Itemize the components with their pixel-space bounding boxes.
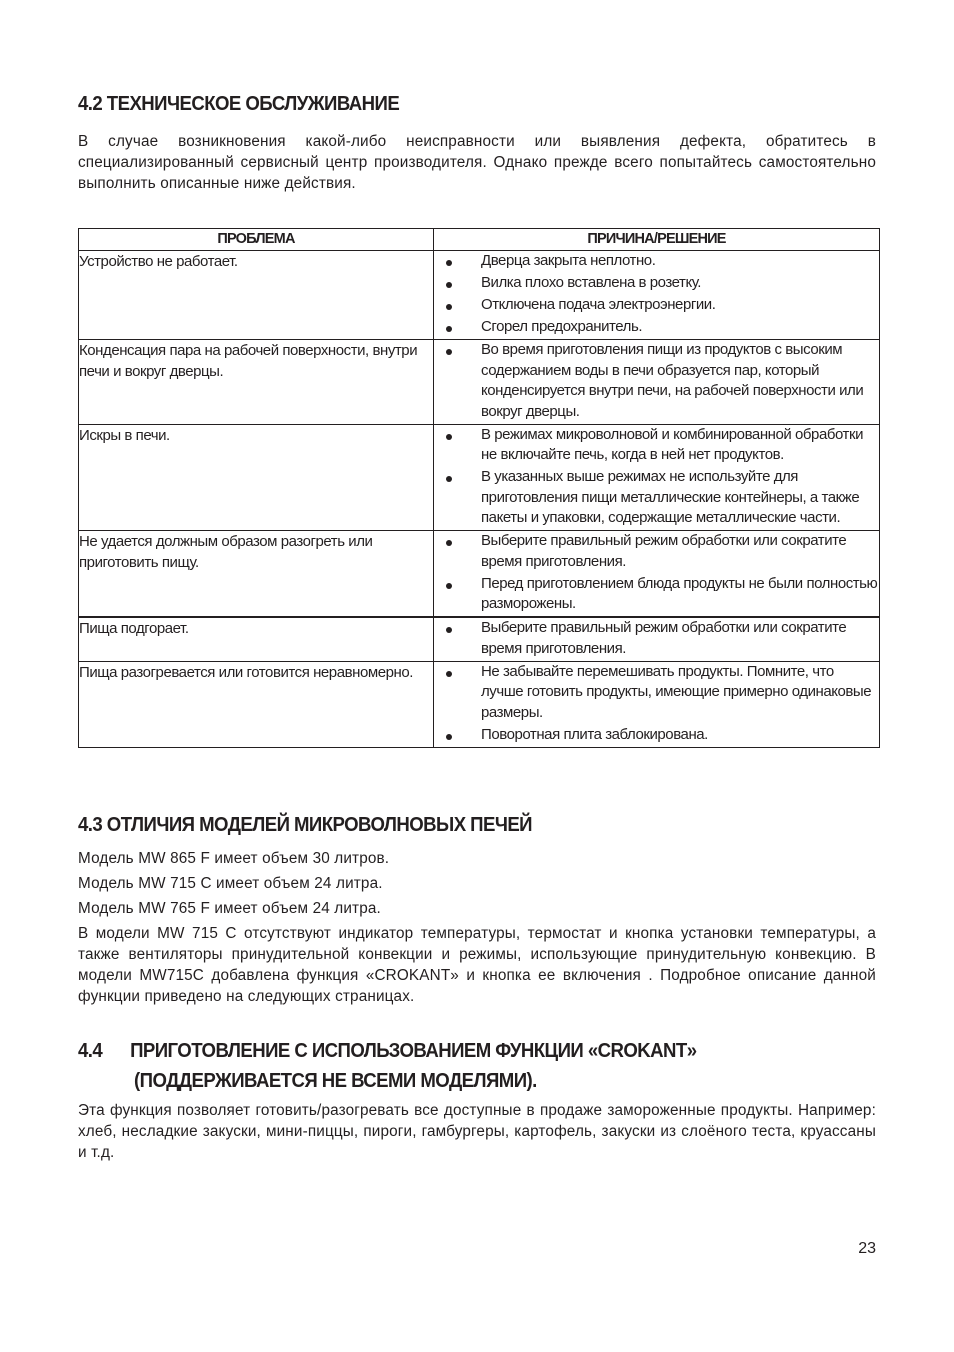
table-row: Пища подгорает. Выберите правильный режи… <box>79 617 880 661</box>
solution-list: Не забывайте перемешивать продукты. Помн… <box>434 662 879 746</box>
solution-text: Отключена подача электроэнергии. <box>481 296 715 313</box>
solution-cell: Выберите правильный режим обработки или … <box>434 531 880 618</box>
solution-item: Не забывайте перемешивать продукты. Помн… <box>434 662 879 724</box>
model-line: Модель MW 765 F имеет объем 24 литра. <box>78 898 876 919</box>
bullet-icon <box>446 260 452 266</box>
solution-text: Выберите правильный режим обработки или … <box>481 619 846 657</box>
solution-list: В режимах микроволновой и комбинированно… <box>434 425 879 529</box>
solution-text: Перед приготовлением блюда продукты не б… <box>481 575 877 613</box>
solution-item: Выберите правильный режим обработки или … <box>434 531 879 572</box>
section-4-3-title: 4.3 ОТЛИЧИЯ МОДЕЛЕЙ МИКРОВОЛНОВЫХ ПЕЧЕЙ <box>78 814 532 837</box>
solution-item: Во время приготовления пищи из продуктов… <box>434 340 879 422</box>
bullet-icon <box>446 583 452 589</box>
solution-item: Поворотная плита заблокирована. <box>434 725 879 746</box>
section-4-2-title: 4.2 ТЕХНИЧЕСКОЕ ОБСЛУЖИВАНИЕ <box>78 93 399 116</box>
solution-list: Выберите правильный режим обработки или … <box>434 531 879 615</box>
solution-text: Сгорел предохранитель. <box>481 318 642 335</box>
problem-cell: Конденсация пара на рабочей поверхности,… <box>79 340 434 425</box>
table-body: Устройство не работает. Дверца закрыта н… <box>79 251 880 748</box>
solution-cell: Дверца закрыта неплотно. Вилка плохо вст… <box>434 251 880 340</box>
solution-text: В указанных выше режимах не используйте … <box>481 468 859 526</box>
section-4-4-title: 4.4ПРИГОТОВЛЕНИЕ С ИСПОЛЬЗОВАНИЕМ ФУНКЦИ… <box>78 1040 696 1063</box>
solution-list: Дверца закрыта неплотно. Вилка плохо вст… <box>434 251 879 338</box>
solution-item: Дверца закрыта неплотно. <box>434 251 879 272</box>
table-row: Конденсация пара на рабочей поверхности,… <box>79 340 880 425</box>
solution-item: В режимах микроволновой и комбинированно… <box>434 425 879 466</box>
bullet-icon <box>446 349 452 355</box>
section-4-3-paragraph: В модели MW 715 C отсутствуют индикатор … <box>78 923 876 1007</box>
solution-item: Сгорел предохранитель. <box>434 317 879 338</box>
bullet-icon <box>446 734 452 740</box>
troubleshooting-table: ПРОБЛЕМА ПРИЧИНА/РЕШЕНИЕ Устройство не р… <box>78 228 880 748</box>
section-4-4-title-line2: (ПОДДЕРЖИВАЕТСЯ НЕ ВСЕМИ МОДЕЛЯМИ). <box>134 1070 537 1093</box>
table-row: Не удается должным образом разогреть или… <box>79 531 880 618</box>
solution-text: Поворотная плита заблокирована. <box>481 726 708 743</box>
solution-text: Во время приготовления пищи из продуктов… <box>481 341 863 420</box>
table-row: Пища разогревается или готовится неравно… <box>79 661 880 747</box>
bullet-icon <box>446 627 452 633</box>
solution-cell: Выберите правильный режим обработки или … <box>434 617 880 661</box>
solution-list: Во время приготовления пищи из продуктов… <box>434 340 879 422</box>
header-cause-solution: ПРИЧИНА/РЕШЕНИЕ <box>434 229 880 251</box>
solution-cell: В режимах микроволновой и комбинированно… <box>434 424 880 531</box>
solution-text: Не забывайте перемешивать продукты. Помн… <box>481 663 871 721</box>
table-row: Искры в печи. В режимах микроволновой и … <box>79 424 880 531</box>
section-4-4-paragraph: Эта функция позволяет готовить/разогрева… <box>78 1100 876 1163</box>
solution-text: Дверца закрыта неплотно. <box>481 252 655 269</box>
solution-item: Вилка плохо вставлена в розетку. <box>434 273 879 294</box>
problem-cell: Пища разогревается или готовится неравно… <box>79 661 434 747</box>
solution-item: Перед приготовлением блюда продукты не б… <box>434 574 879 615</box>
bullet-icon <box>446 304 452 310</box>
bullet-icon <box>446 540 452 546</box>
section-4-4-title-line1: ПРИГОТОВЛЕНИЕ С ИСПОЛЬЗОВАНИЕМ ФУНКЦИИ «… <box>130 1040 696 1062</box>
problem-cell: Устройство не работает. <box>79 251 434 340</box>
problem-cell: Не удается должным образом разогреть или… <box>79 531 434 618</box>
solution-text: В режимах микроволновой и комбинированно… <box>481 426 863 464</box>
bullet-icon <box>446 671 452 677</box>
bullet-icon <box>446 326 452 332</box>
section-4-4-number: 4.4 <box>78 1040 130 1063</box>
table-row: Устройство не работает. Дверца закрыта н… <box>79 251 880 340</box>
problem-cell: Пища подгорает. <box>79 617 434 661</box>
section-4-3-body: Модель MW 865 F имеет объем 30 литров. М… <box>78 848 876 1007</box>
model-line: Модель MW 865 F имеет объем 30 литров. <box>78 848 876 869</box>
solution-item: Выберите правильный режим обработки или … <box>434 618 879 659</box>
solution-cell: Не забывайте перемешивать продукты. Помн… <box>434 661 880 747</box>
solution-text: Вилка плохо вставлена в розетку. <box>481 274 701 291</box>
problem-cell: Искры в печи. <box>79 424 434 531</box>
solution-cell: Во время приготовления пищи из продуктов… <box>434 340 880 425</box>
bullet-icon <box>446 476 452 482</box>
solution-text: Выберите правильный режим обработки или … <box>481 532 846 570</box>
solution-item: В указанных выше режимах не используйте … <box>434 467 879 529</box>
header-problem: ПРОБЛЕМА <box>79 229 434 251</box>
bullet-icon <box>446 434 452 440</box>
model-line: Модель MW 715 C имеет объем 24 литра. <box>78 873 876 894</box>
table-header-row: ПРОБЛЕМА ПРИЧИНА/РЕШЕНИЕ <box>79 229 880 251</box>
solution-item: Отключена подача электроэнергии. <box>434 295 879 316</box>
bullet-icon <box>446 282 452 288</box>
solution-list: Выберите правильный режим обработки или … <box>434 618 879 659</box>
page-number: 23 <box>858 1240 876 1258</box>
section-4-2-intro: В случае возникновения какой-либо неиспр… <box>78 131 876 194</box>
